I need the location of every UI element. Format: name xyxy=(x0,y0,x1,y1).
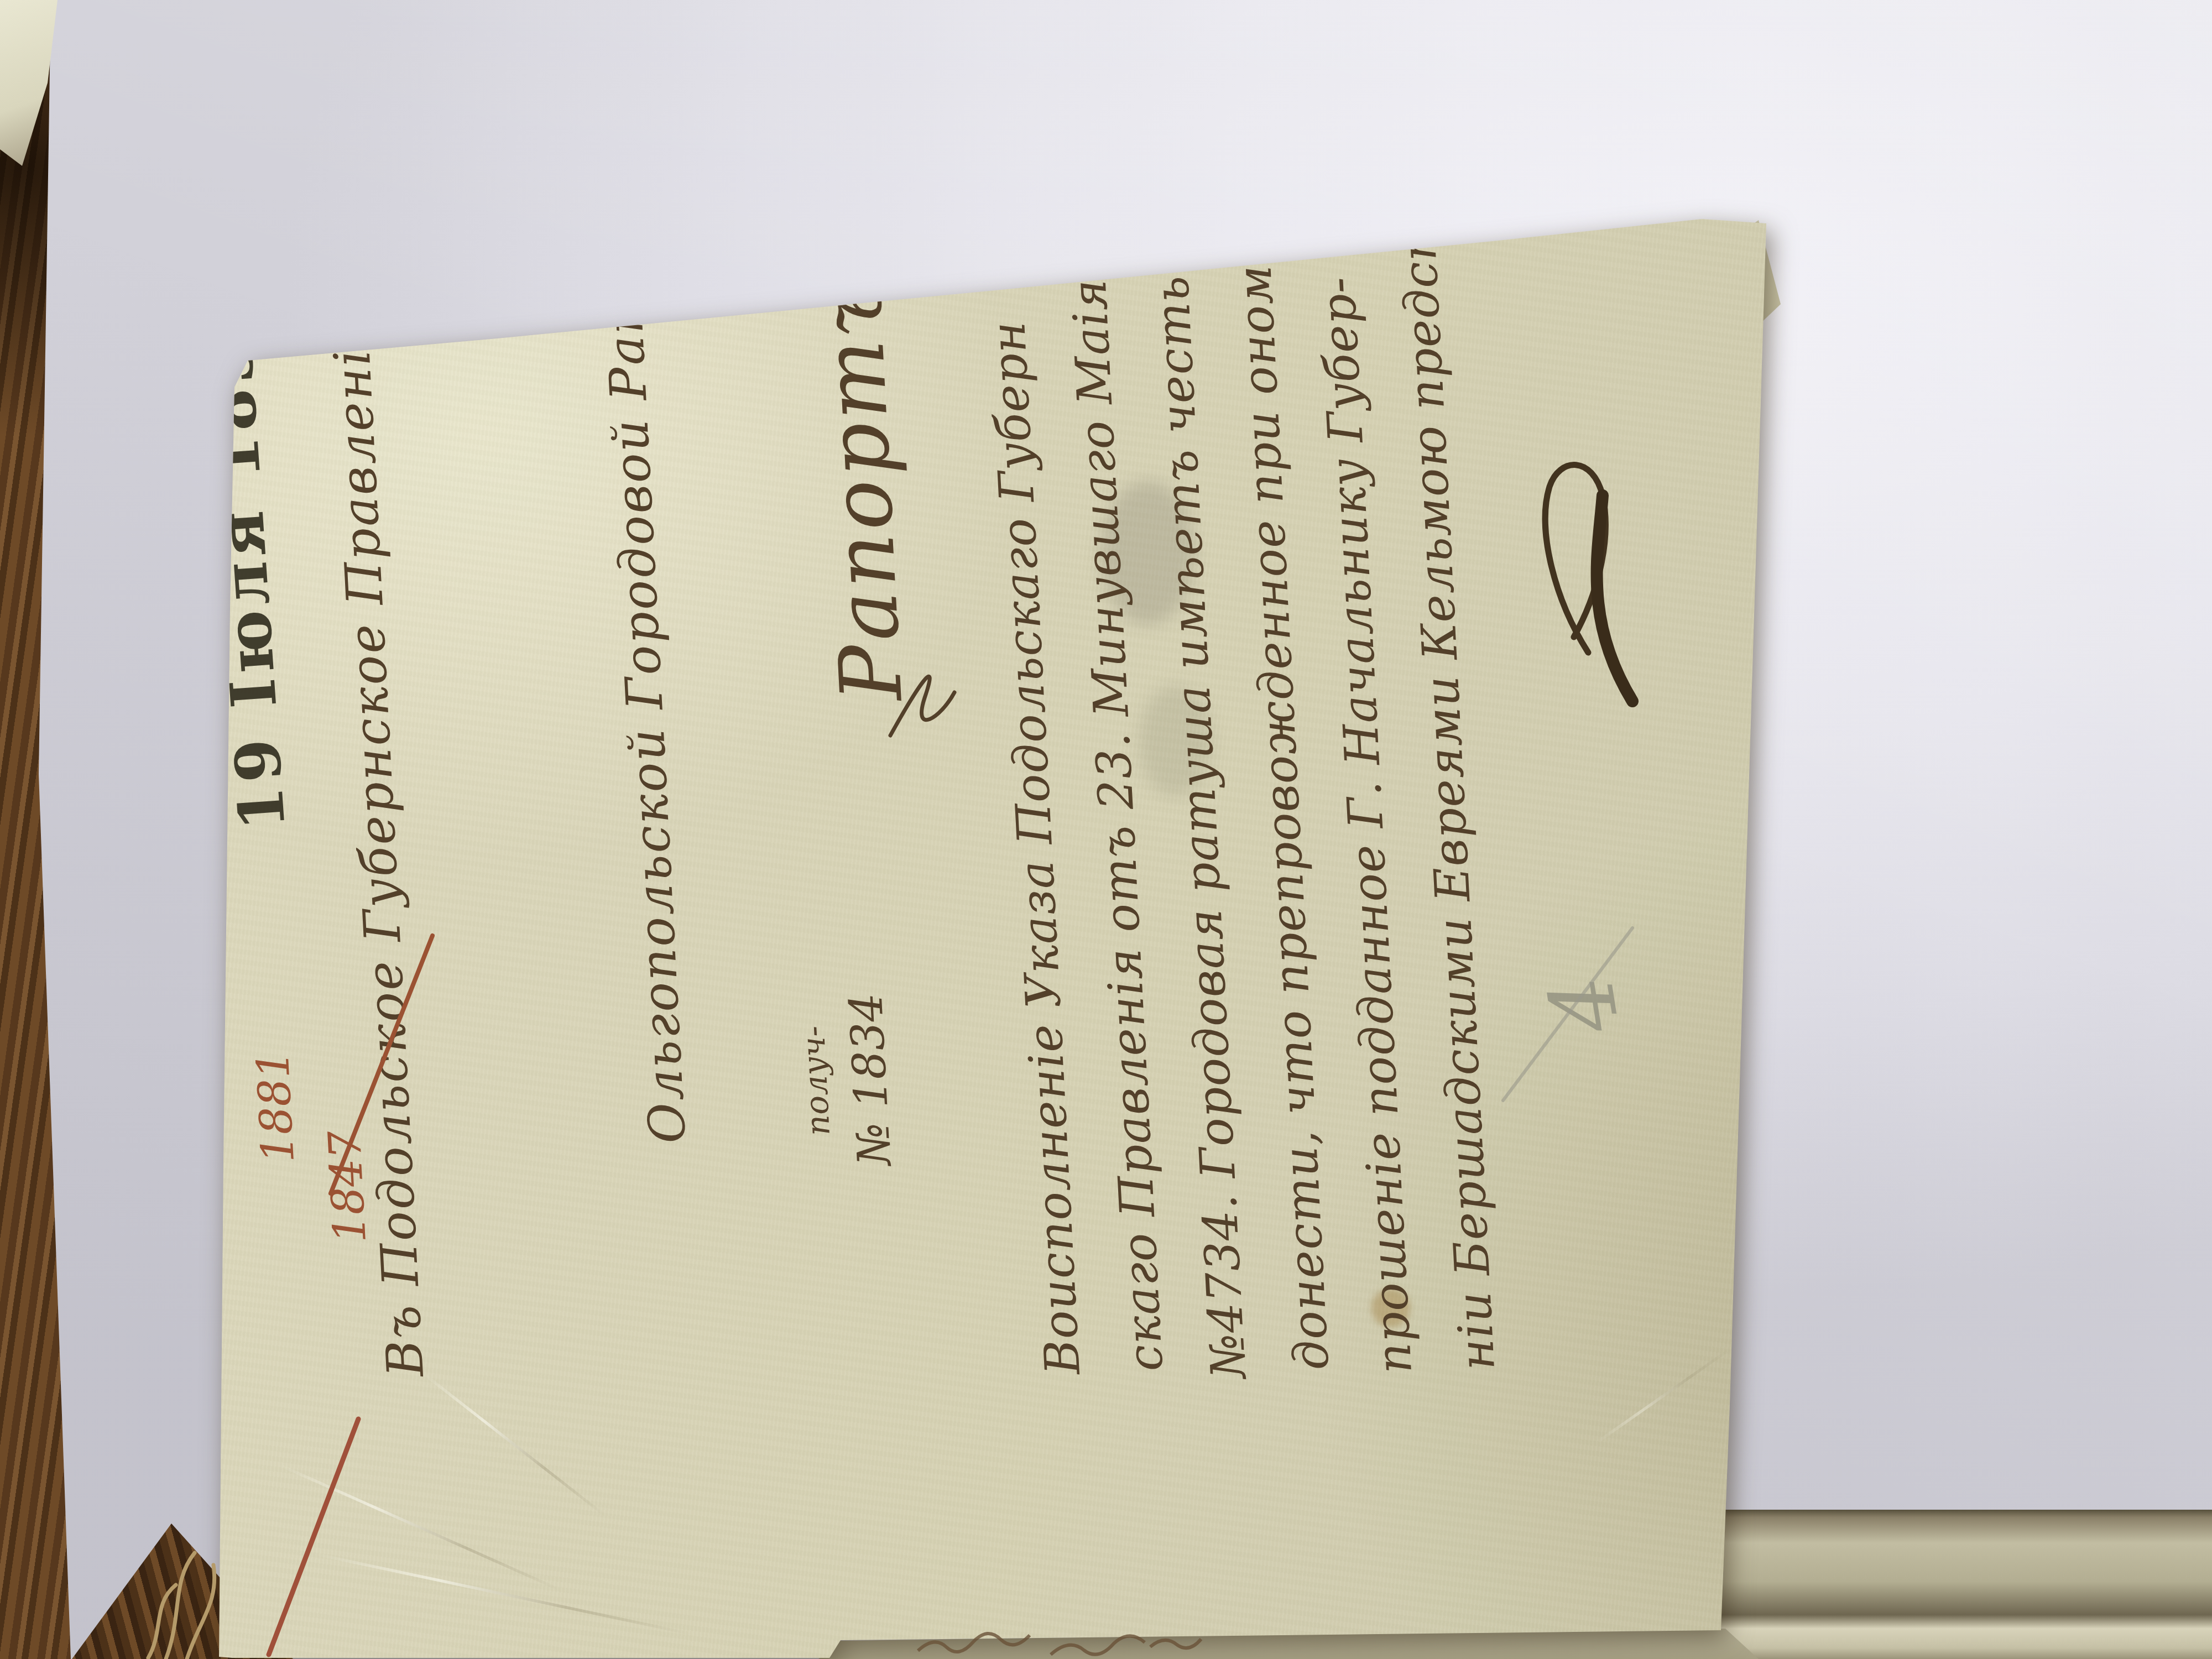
corner-number: 2166 xyxy=(152,1505,220,1656)
photo-of-archival-document: 19 Іюля 1833 1881 1847 2166 Въ Подольско… xyxy=(0,0,2212,1659)
report-title: Рапортъ xyxy=(806,275,917,703)
paper-crease xyxy=(1596,1346,1734,1443)
heading-sender: Ольгопольской Городовой Ратуши xyxy=(592,171,695,1145)
date-stamp: 19 Іюля 1833 xyxy=(193,286,296,832)
manuscript-document-wrapper: 19 Іюля 1833 1881 1847 2166 Въ Подольско… xyxy=(0,0,2212,1659)
number-note: получ- xyxy=(796,1025,836,1136)
manuscript-document: 19 Іюля 1833 1881 1847 2166 Въ Подольско… xyxy=(0,0,2212,1659)
paper-crease xyxy=(422,1372,607,1517)
pencil-mark: 4 xyxy=(1534,969,1635,1040)
folio-numerator: 1881 xyxy=(249,1049,302,1164)
document-number: № 1834 xyxy=(843,992,899,1167)
paper-crease xyxy=(278,1463,562,1592)
